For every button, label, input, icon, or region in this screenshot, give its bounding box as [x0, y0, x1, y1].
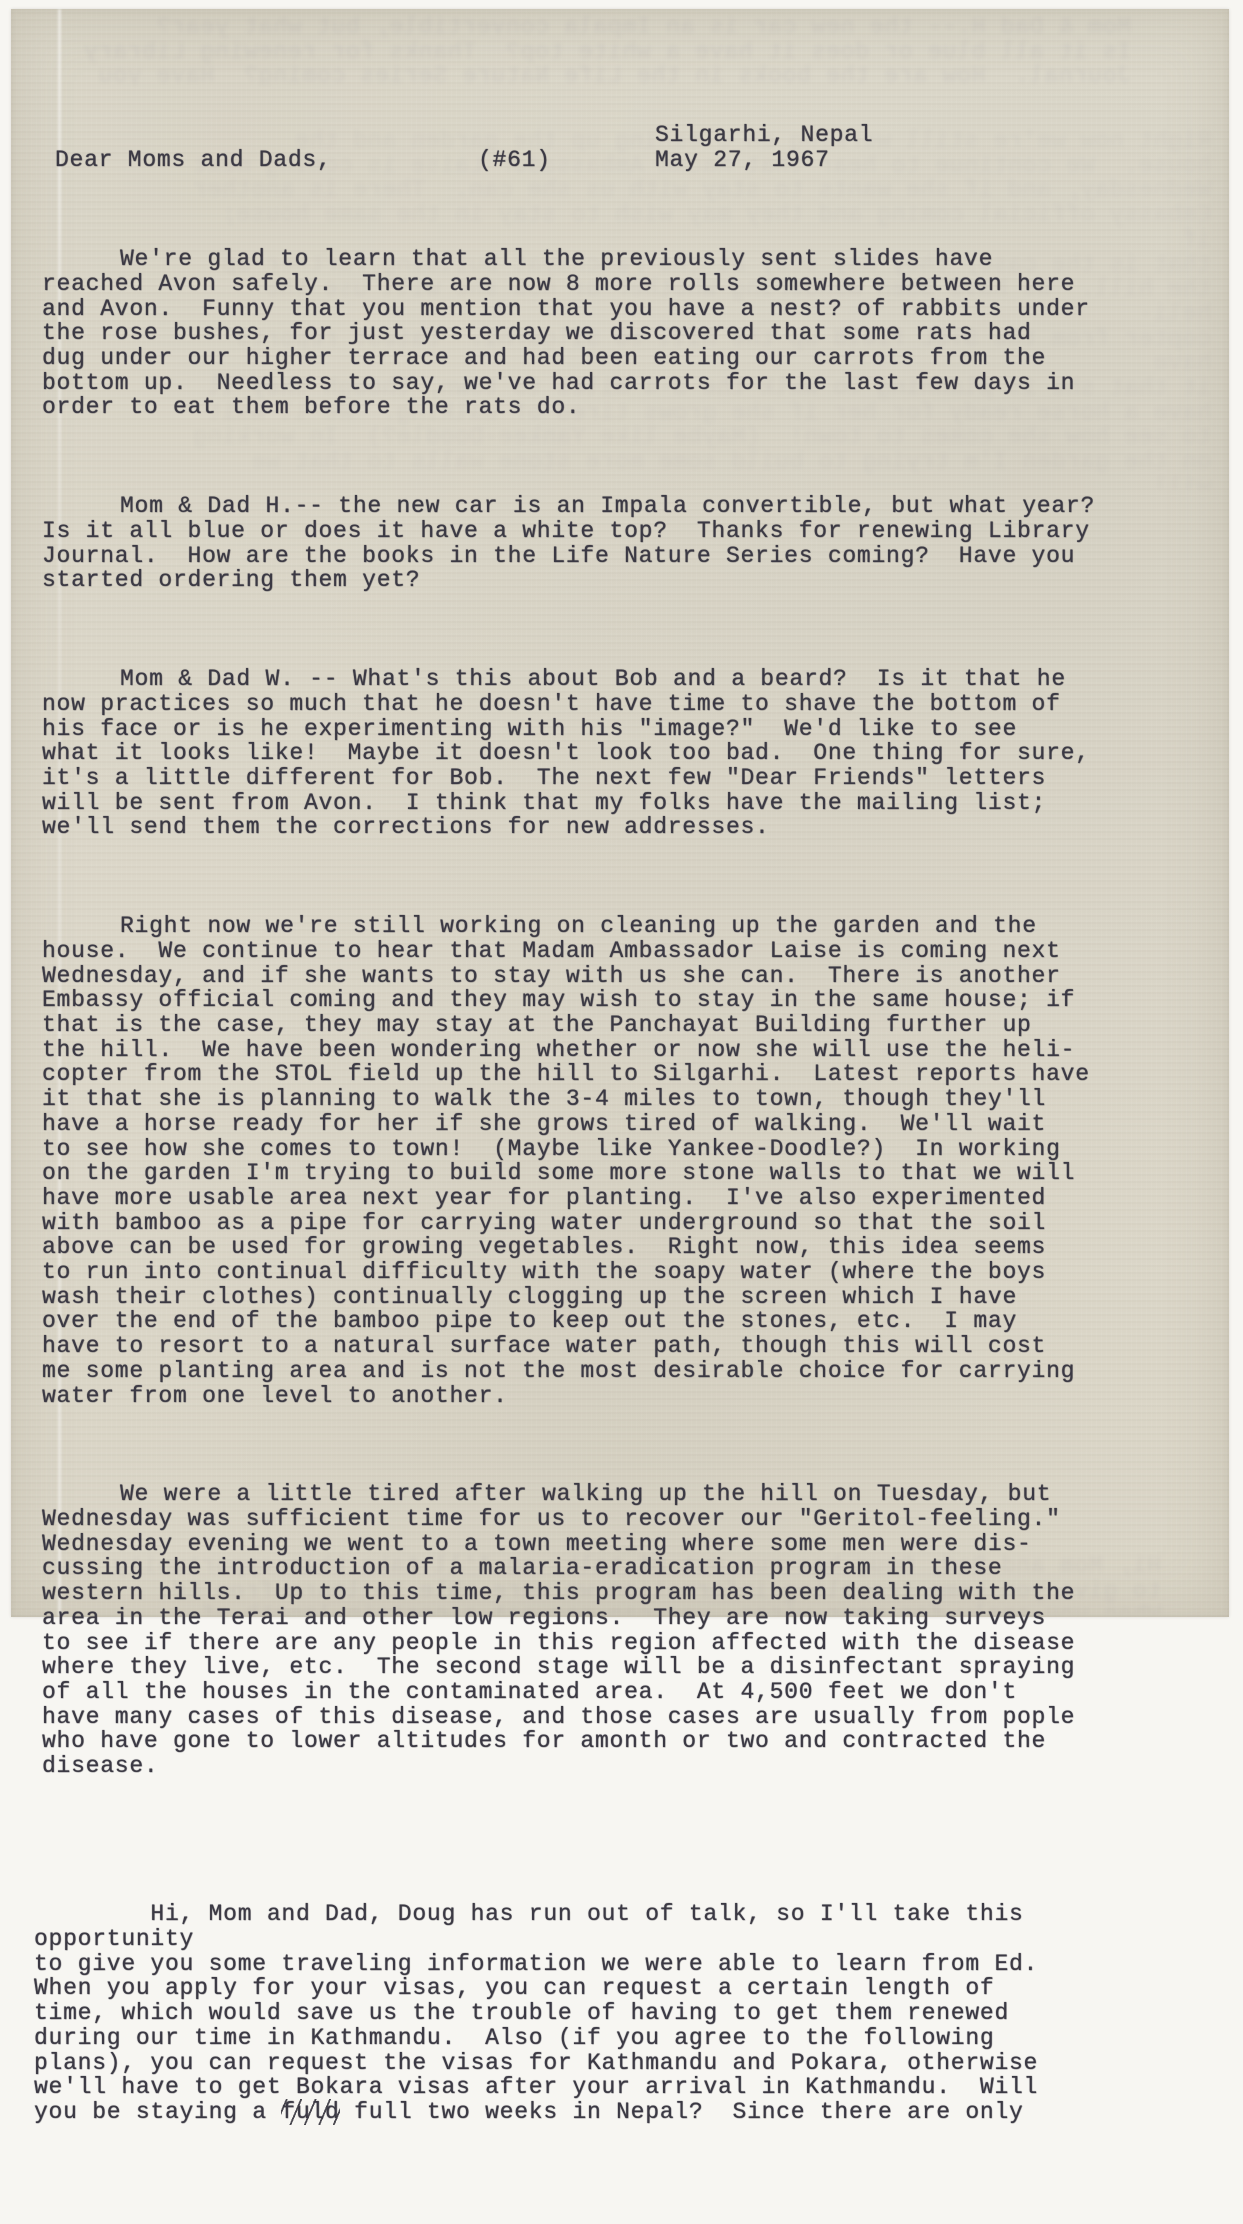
letterhead: Silgarhi, Nepal Dear Moms and Dads, (#61… [42, 123, 1159, 173]
paragraph-garden-ambassador: Right now we're still working on cleanin… [42, 914, 1159, 1408]
letter-paper: Mom & Dad H.-- the new car is an Impala … [11, 9, 1229, 1617]
paragraph-mom-dad-w: Mom & Dad W. -- What's this about Bob an… [42, 667, 1159, 840]
paragraph-slides-and-rats: We're glad to learn that all the previou… [42, 247, 1159, 420]
place-line: Silgarhi, Nepal [655, 123, 873, 148]
letter-page: Silgarhi, Nepal Dear Moms and Dads, (#61… [11, 9, 1229, 1617]
date-line: May 27, 1967 [655, 148, 830, 173]
letter-number: (#61) [478, 148, 551, 173]
salutation: Dear Moms and Dads, [55, 148, 332, 173]
paragraph-mom-dad-h: Mom & Dad H.-- the new car is an Impala … [42, 494, 1159, 593]
scan-background: Mom & Dad H.-- the new car is an Impala … [0, 0, 1243, 1629]
paragraph-malaria-program: We were a little tired after walking up … [42, 1482, 1159, 1629]
